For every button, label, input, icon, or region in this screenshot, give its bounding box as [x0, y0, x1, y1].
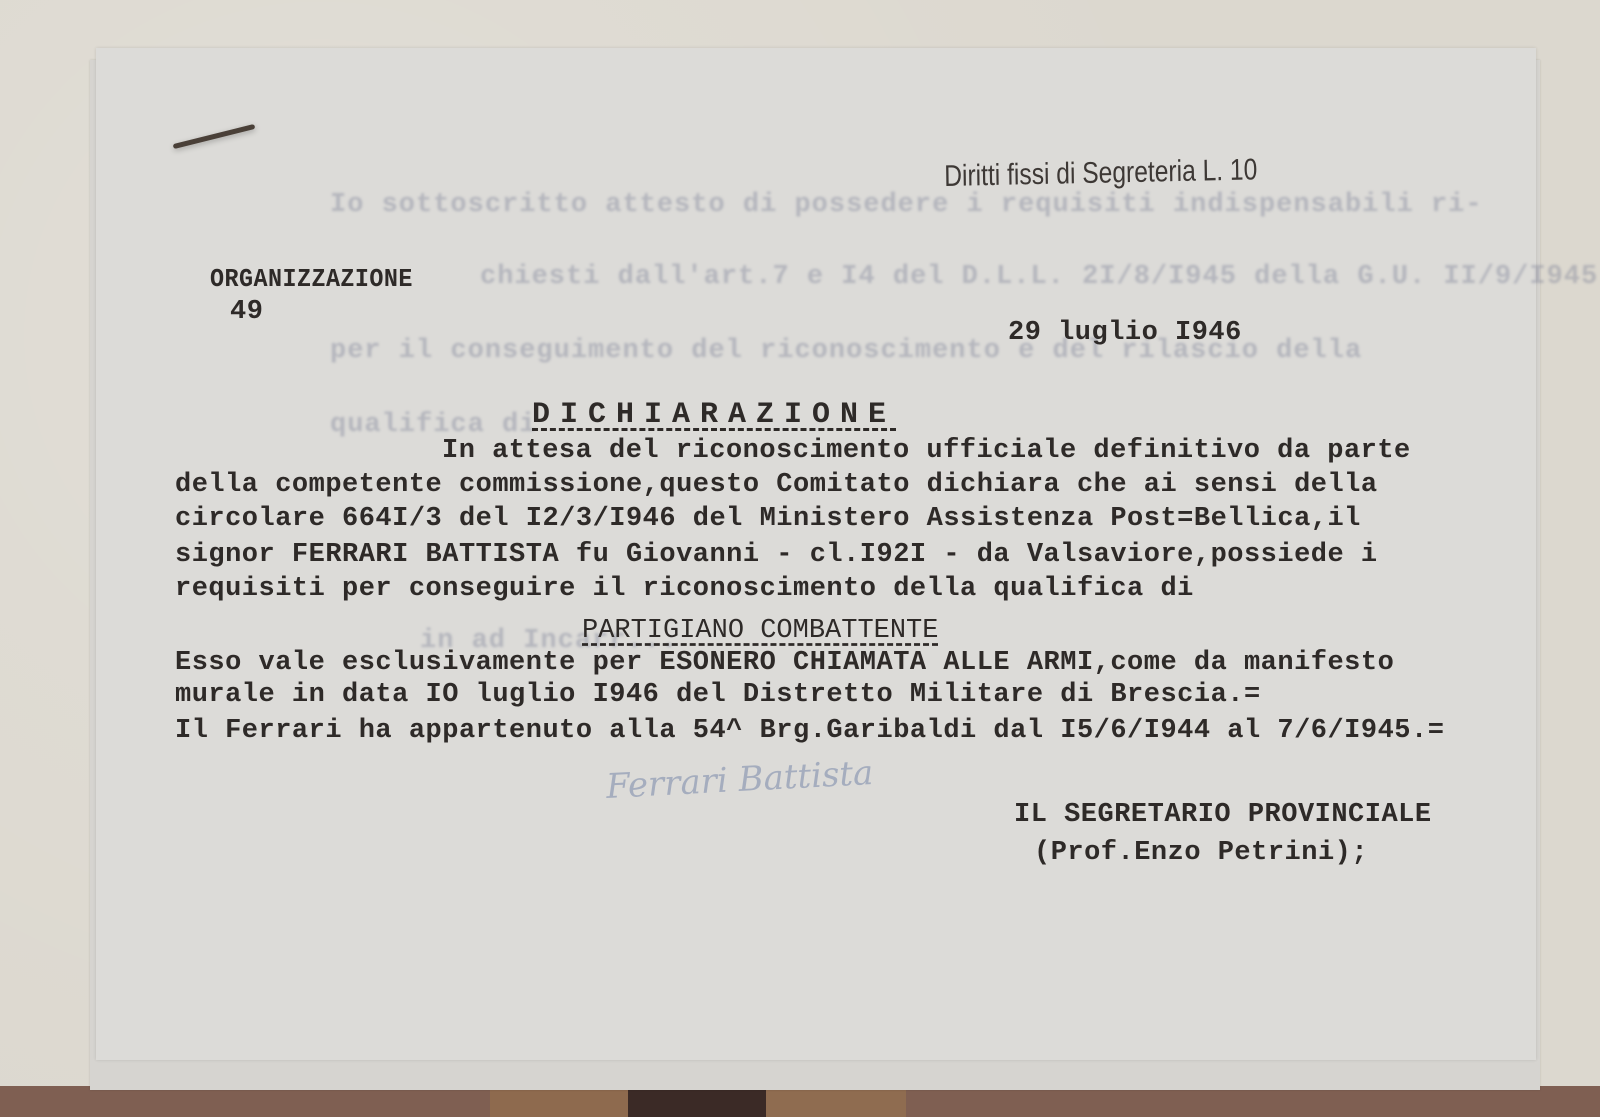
fee-stamp: Diritti fissi di Segreteria L. 10	[944, 153, 1258, 194]
body-line: signor FERRARI BATTISTA fu Giovanni - cl…	[175, 540, 1378, 570]
organization-number: 49	[230, 297, 263, 327]
body-line: requisiti per conseguire il riconoscimen…	[175, 574, 1194, 604]
organization-label: ORGANIZZAZIONE	[210, 264, 413, 294]
document-title: DICHIARAZIONE	[532, 398, 896, 432]
body-line: In attesa del riconoscimento ufficiale d…	[442, 436, 1411, 466]
shelf-edge	[0, 1086, 1600, 1117]
closing-line: murale in data IO luglio I946 del Distre…	[175, 680, 1261, 710]
bleed-through-line: Io sottoscritto attesto di possedere i r…	[330, 190, 1483, 220]
signatory-name: (Prof.Enzo Petrini);	[1034, 838, 1368, 868]
bleed-through-line: chiesti dall'art.7 e I4 del D.L.L. 2I/8/…	[480, 262, 1598, 292]
closing-line: Il Ferrari ha appartenuto alla 54^ Brg.G…	[175, 716, 1444, 746]
closing-line: Esso vale esclusivamente per ESONERO CHI…	[175, 648, 1394, 678]
document-date: 29 luglio I946	[1008, 318, 1242, 348]
body-line: della competente commissione,questo Comi…	[175, 470, 1378, 500]
body-line: circolare 664I/3 del I2/3/I946 del Minis…	[175, 504, 1361, 534]
qualification-heading: PARTIGIANO COMBATTENTE	[582, 616, 938, 646]
signatory-title: IL SEGRETARIO PROVINCIALE	[1014, 800, 1432, 830]
